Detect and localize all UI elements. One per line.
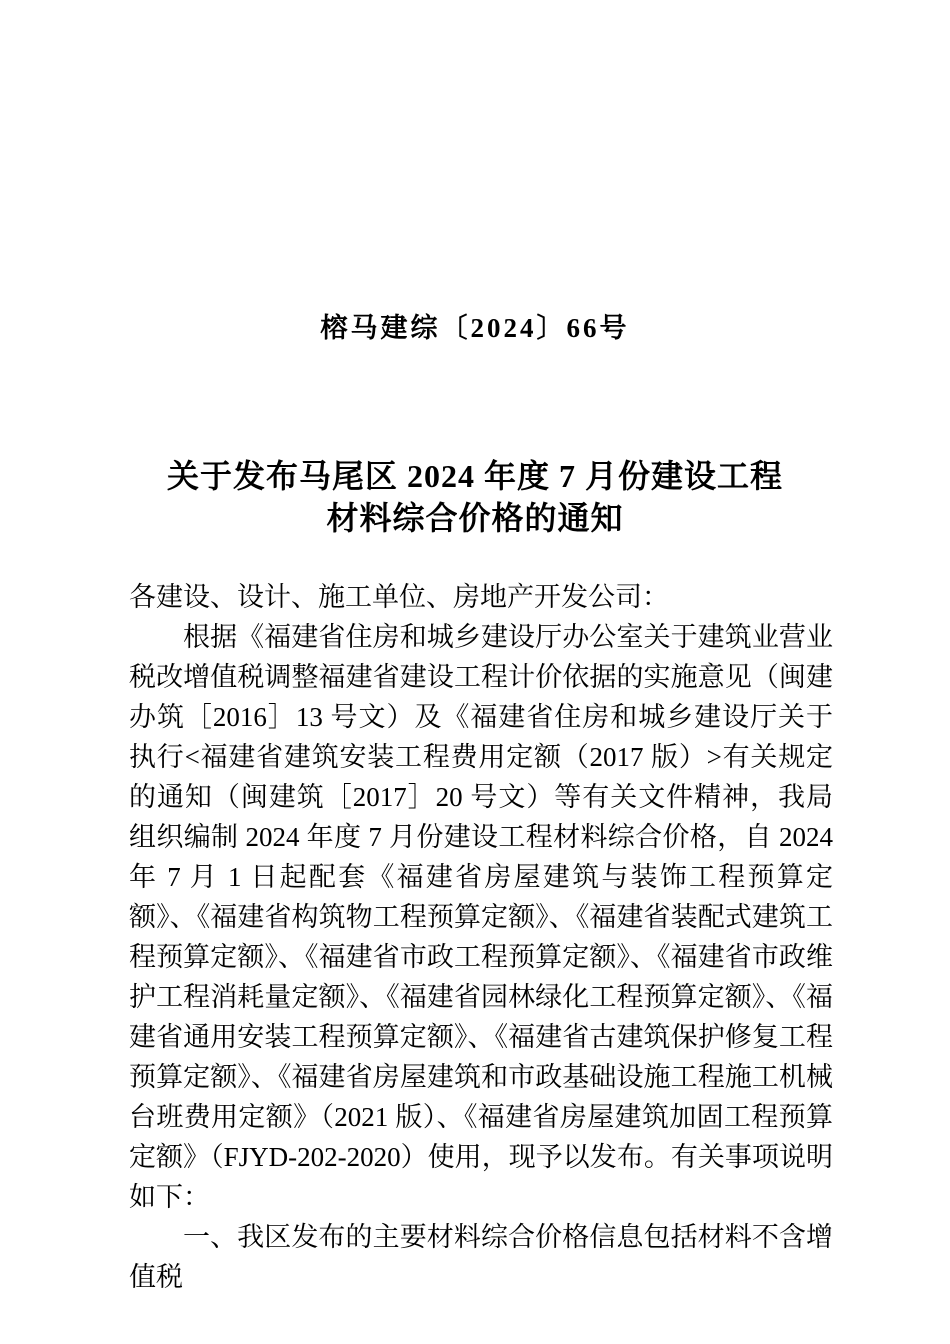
document-number: 榕马建综〔2024〕66号 — [0, 310, 950, 346]
salutation-line: 各建设、设计、施工单位、房地产开发公司： — [129, 577, 833, 617]
body-paragraph-1: 根据《福建省住房和城乡建设厅办公室关于建筑业营业税改增值税调整福建省建设工程计价… — [129, 617, 833, 1217]
document-page: 榕马建综〔2024〕66号 关于发布马尾区 2024 年度 7 月份建设工程 材… — [0, 0, 950, 1344]
document-title: 关于发布马尾区 2024 年度 7 月份建设工程 材料综合价格的通知 — [0, 455, 950, 539]
document-title-line-1: 关于发布马尾区 2024 年度 7 月份建设工程 — [0, 455, 950, 497]
document-body: 各建设、设计、施工单位、房地产开发公司： 根据《福建省住房和城乡建设厅办公室关于… — [129, 577, 833, 1297]
body-paragraph-2: 一、我区发布的主要材料综合价格信息包括材料不含增值税 — [129, 1217, 833, 1297]
document-title-line-2: 材料综合价格的通知 — [0, 497, 950, 539]
